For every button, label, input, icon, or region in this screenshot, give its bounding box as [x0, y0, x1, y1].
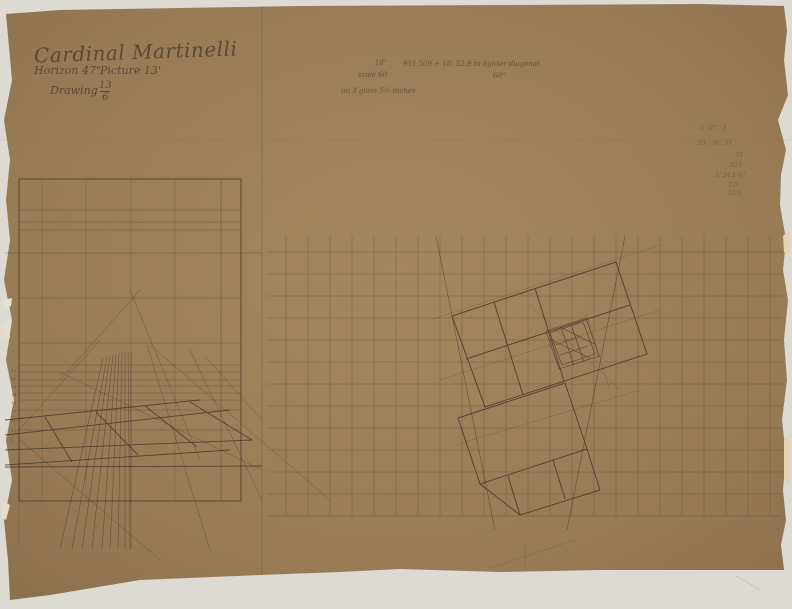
margin-calc-3: 33: [735, 152, 743, 159]
note-scale: scale 60: [358, 71, 387, 79]
fraction-denominator: 6: [102, 92, 108, 103]
margin-calc-5: 1/ 24.1 67: [715, 172, 746, 179]
margin-calc-6: 3/9: [728, 182, 738, 189]
svg-text:13: 13: [11, 400, 17, 405]
svg-text:11: 11: [11, 418, 16, 423]
svg-text:10: 10: [11, 428, 17, 433]
margin-calc-2: 55 . 36 . 51: [698, 140, 732, 147]
svg-text:14: 14: [11, 392, 17, 397]
note-bottom: lin 3 glass 5½ inches: [341, 87, 416, 95]
note-sub: 60": [493, 72, 505, 80]
picture-annotation: Picture 13': [100, 64, 161, 77]
svg-text:15: 15: [11, 384, 17, 389]
margin-calc-4: 323: [730, 162, 741, 169]
margin-calc-1: x . 97 . 3 .: [700, 125, 730, 132]
drawing-label: Drawing: [50, 84, 98, 97]
drawing-fraction: 13 6: [99, 80, 112, 103]
svg-text:12: 12: [11, 408, 17, 413]
fraction-numerator: 13: [99, 80, 112, 91]
note-calc: 951.509 ÷ 18: 52.9 to lighter diagonal: [403, 60, 539, 68]
horizon-annotation: Horizon 47": [34, 64, 101, 77]
note-top: 18": [375, 59, 387, 67]
svg-text:17: 17: [11, 368, 17, 373]
svg-text:16: 16: [11, 376, 17, 381]
margin-calc-7: 55/3: [728, 190, 741, 197]
